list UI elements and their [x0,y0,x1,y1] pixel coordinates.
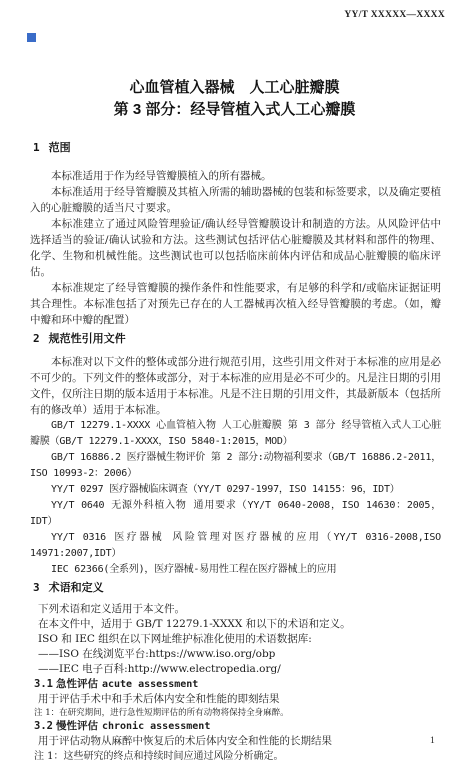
term-name-zh: 急性评估 [56,678,98,690]
reference-item: GB/T 16886.2 医疗器械生物评价 第 2 部分:动物福利要求（GB/T… [30,450,441,482]
term-definition: 用于评估动物从麻醉中恢复后的术后体内安全和性能的长期结果 [30,734,441,749]
term-heading: 3.2慢性评估chronic assessment [30,719,441,734]
term-name-zh: 慢性评估 [56,720,98,732]
terms-intro-line: ISO 和 IEC 组织在以下网址维护标准化使用的术语数据库: [30,632,441,647]
scope-paragraph: 本标准适用于作为经导管瓣膜植入的所有器械。 [30,168,441,184]
references-body: 本标准对以下文件的整体或部分进行规范引用，这些引用文件对于本标准的应用是必不可少… [30,354,441,578]
reference-item: IEC 62366(全系列)，医疗器械-易用性工程在医疗器械上的应用 [30,562,441,578]
term-name-en: acute assessment [102,679,198,690]
section-label: 范围 [49,142,71,154]
term-number: 3.2 [34,720,53,732]
section-label: 规范性引用文件 [49,333,126,345]
term-number: 3.1 [34,678,53,690]
terms-db-link-iec: ——IEC 电子百科:http://www.electropedia.org/ [30,662,441,677]
section-number: 1 [33,141,40,154]
terms-intro-line: 下列术语和定义适用于本文件。 [30,602,441,617]
section-number: 3 [33,581,40,594]
references-intro: 本标准对以下文件的整体或部分进行规范引用，这些引用文件对于本标准的应用是必不可少… [30,354,441,418]
standard-code-header: YY/T XXXXX—XXXX [0,0,469,21]
document-title: 心血管植入器械 人工心脏瓣膜 第 3 部分：经导管植入式人工心瓣膜 [0,77,469,121]
reference-item: YY/T 0640 无源外科植入物 通用要求（YY/T 0640-2008，IS… [30,498,441,530]
page-number: 1 [430,736,435,746]
blue-marker-square [27,33,36,42]
section-heading-references: 2规范性引用文件 [33,332,469,346]
section-label: 术语和定义 [49,582,104,594]
scope-paragraph: 本标准规定了经导管瓣膜的操作条件和性能要求，有足够的科学和/或临床证据证明其合理… [30,280,441,328]
terms-body: 下列术语和定义适用于本文件。 在本文件中，适用于 GB/T 12279.1-XX… [30,602,441,764]
terms-db-link-iso: ——ISO 在线浏览平台:https://www.iso.org/obp [30,647,441,662]
section-heading-terms: 3术语和定义 [33,581,469,595]
term-note: 注 1：这些研究的终点和持续时间应通过风险分析确定。 [30,749,441,764]
term-definition: 用于评估手术中和手术后体内安全和性能的即刻结果 [30,692,441,707]
term-note: 注 1：在研究期间，进行急性短期评估的所有动物将保持全身麻醉。 [30,707,441,719]
scope-body: 本标准适用于作为经导管瓣膜植入的所有器械。 本标准适用于经导管瓣膜及其植入所需的… [30,168,441,328]
scope-paragraph: 本标准建立了通过风险管理验证/确认经导管瓣膜设计和制造的方法。从风险评估中选择适… [30,216,441,280]
section-heading-scope: 1范围 [33,141,469,155]
reference-item: YY/T 0316 医疗器械 风险管理对医疗器械的应用（YY/T 0316-20… [30,530,441,562]
document-title-line2: 第 3 部分：经导管植入式人工心瓣膜 [0,99,469,121]
reference-item: YY/T 0297 医疗器械临床调查（YY/T 0297-1997，ISO 14… [30,482,441,498]
scope-paragraph: 本标准适用于经导管瓣膜及其植入所需的辅助器械的包装和标签要求，以及确定要植入的心… [30,184,441,216]
terms-intro-line: 在本文件中，适用于 GB/T 12279.1-XXXX 和以下的术语和定义。 [30,617,441,632]
section-number: 2 [33,332,40,345]
term-name-en: chronic assessment [102,721,210,732]
document-title-line1: 心血管植入器械 人工心脏瓣膜 [0,77,469,99]
document-page: { "page": { "standard_code": "YY/T XXXXX… [0,0,469,772]
term-heading: 3.1急性评估acute assessment [30,677,441,692]
reference-item: GB/T 12279.1-XXXX 心血管植入物 人工心脏瓣膜 第 3 部分 经… [30,418,441,450]
